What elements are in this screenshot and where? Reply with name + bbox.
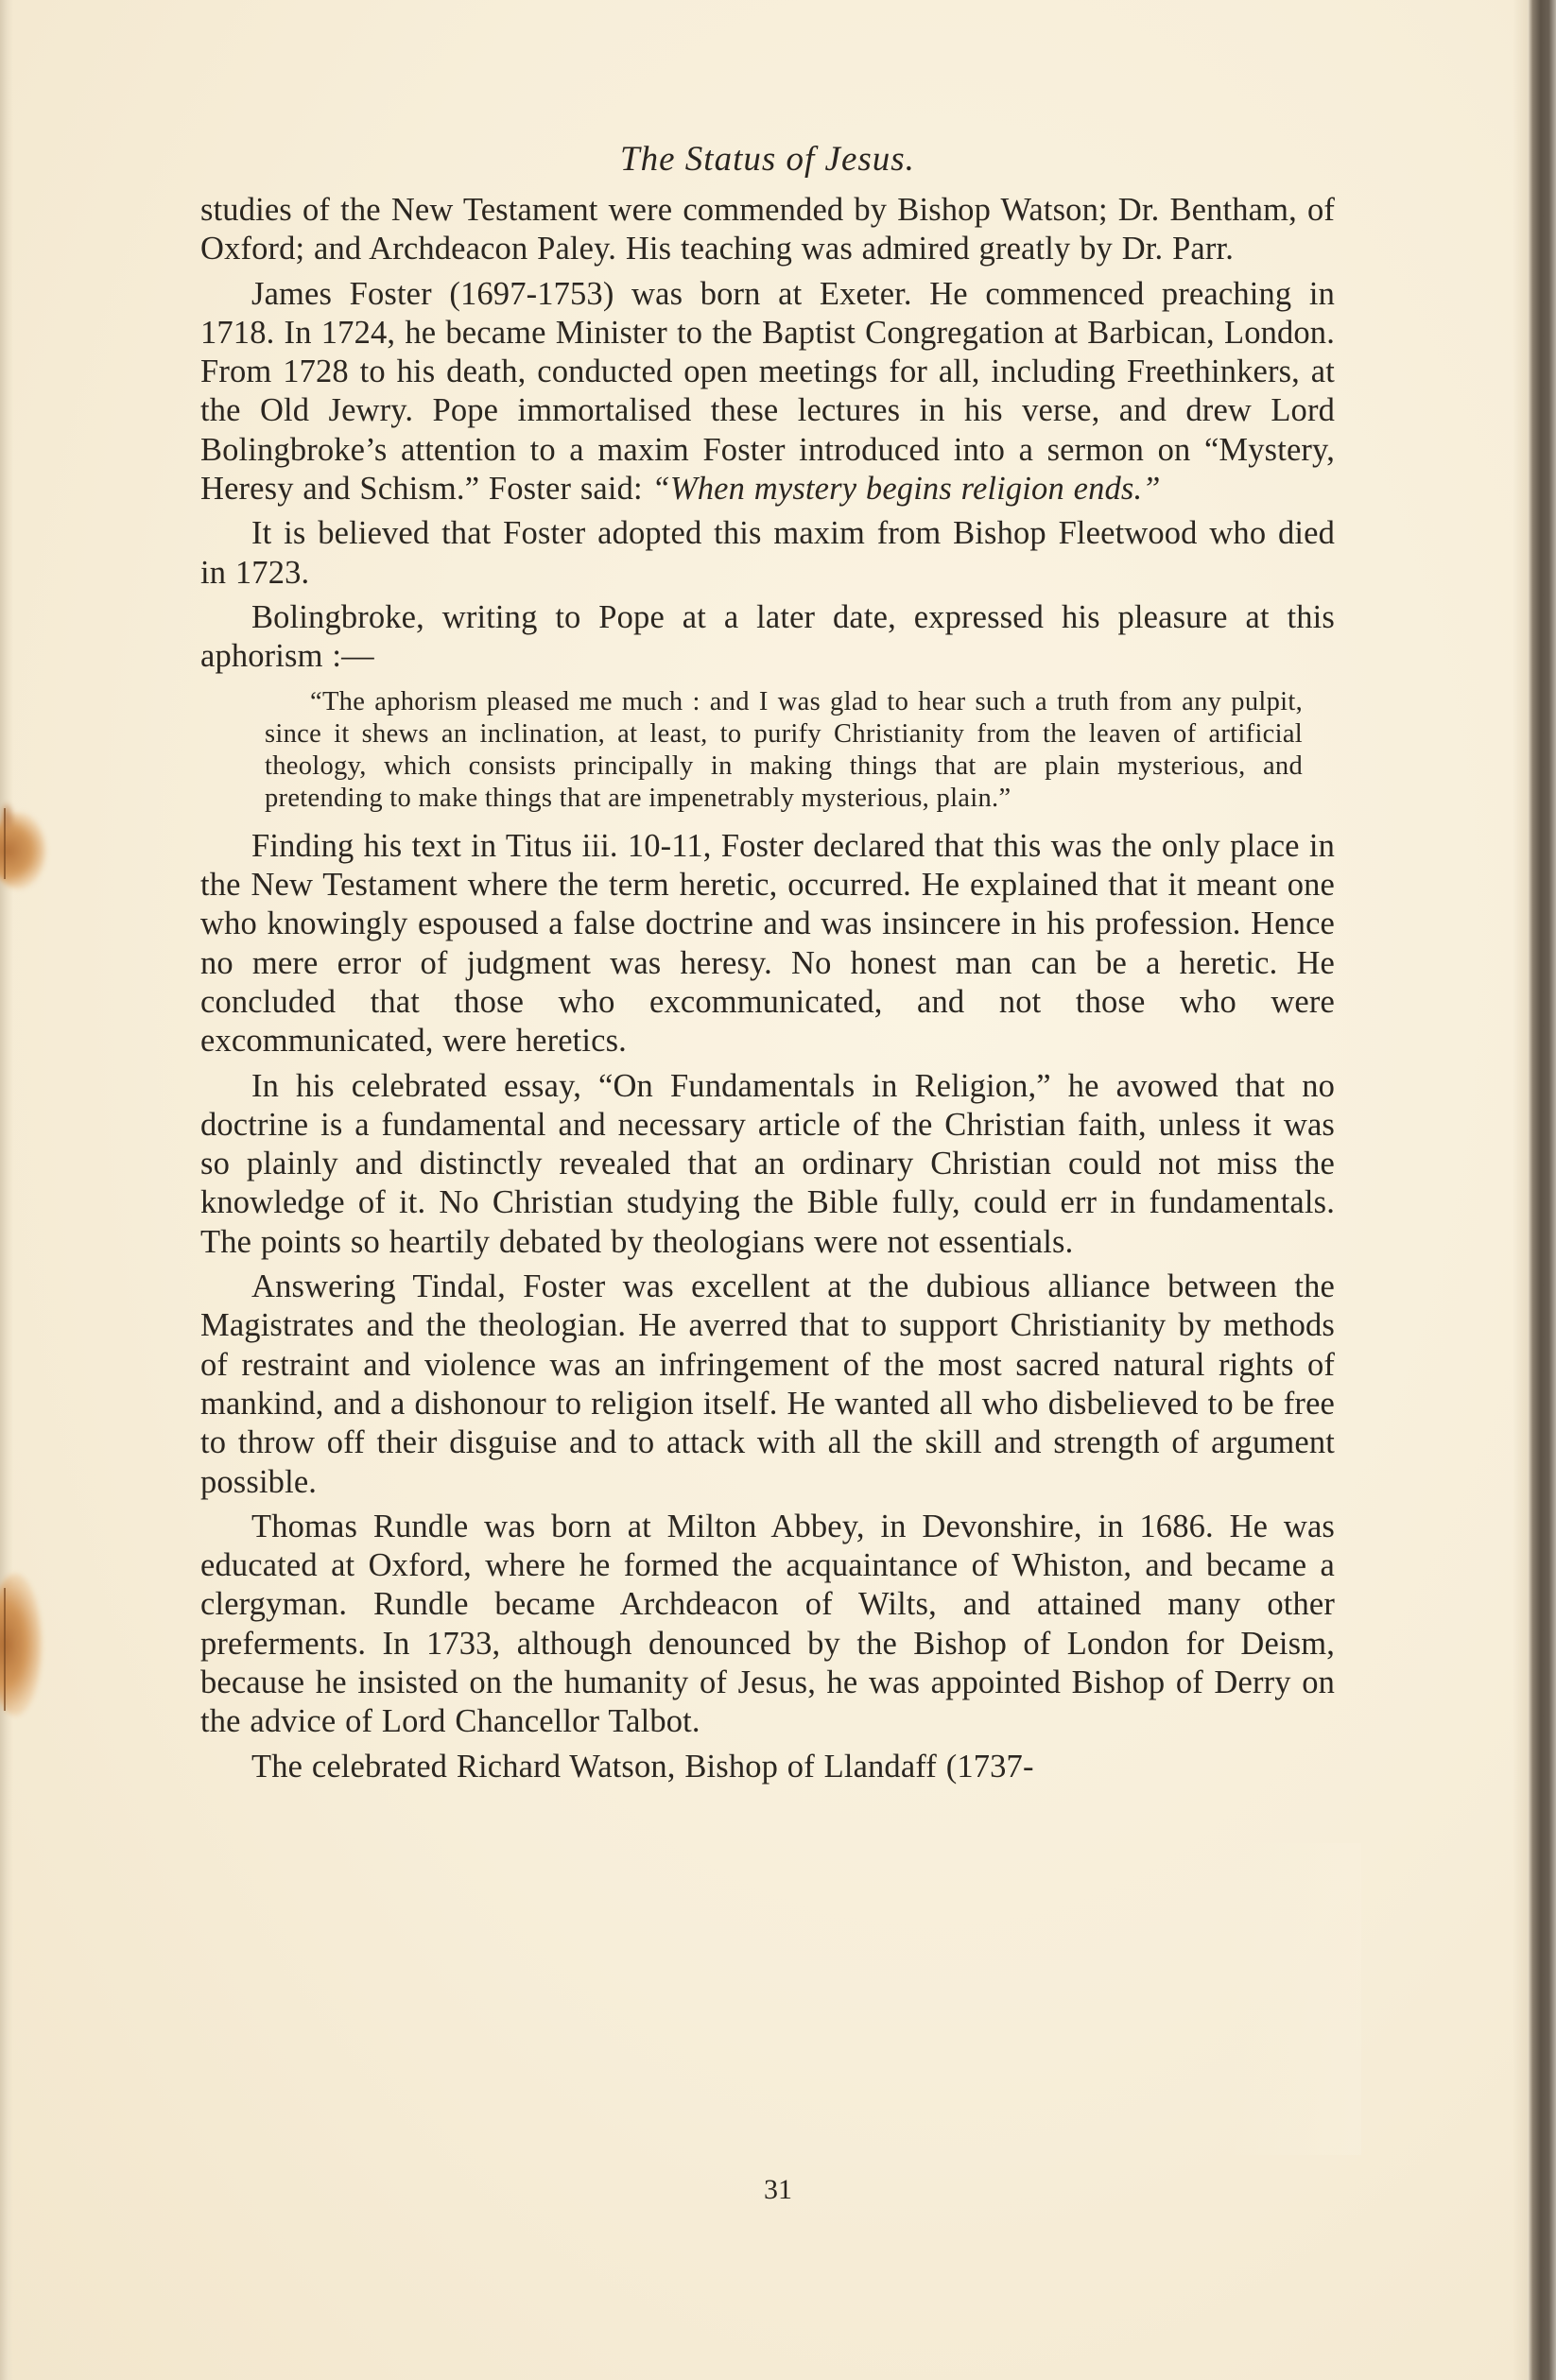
binding-gutter <box>0 0 13 2380</box>
foxing-stain <box>0 803 13 832</box>
running-head: The Status of Jesus. <box>200 140 1335 180</box>
paragraph: Finding his text in Titus iii. 10-11, Fo… <box>200 827 1335 1061</box>
book-page: The Status of Jesus. studies of the New … <box>0 0 1556 2380</box>
paragraph: studies of the New Testament were commen… <box>200 191 1335 269</box>
paragraph: It is believed that Foster adopted this … <box>200 514 1335 593</box>
page-curl-shadow <box>1513 0 1528 2380</box>
print-fade <box>1229 1843 1361 2155</box>
paragraph: Bolingbroke, writing to Pope at a later … <box>200 598 1335 677</box>
page-number: 31 <box>0 2174 1556 2206</box>
page-edge-mark <box>4 1588 6 1711</box>
paragraph: Answering Tindal, Foster was excellent a… <box>200 1268 1335 1502</box>
page-body: The Status of Jesus. studies of the New … <box>200 140 1335 1792</box>
page-edge-mark <box>4 808 6 879</box>
book-edge <box>1528 0 1556 2380</box>
emphasized-quote: “When mystery begins religion ends.” <box>652 471 1161 507</box>
foxing-stain <box>0 1574 42 1716</box>
block-quote: “The aphorism pleased me much : and I wa… <box>265 686 1303 816</box>
paragraph: The celebrated Richard Watson, Bishop of… <box>200 1748 1335 1786</box>
paragraph: In his celebrated essay, “On Fundamental… <box>200 1067 1335 1262</box>
paragraph: Thomas Rundle was born at Milton Abbey, … <box>200 1508 1335 1742</box>
paragraph: James Foster (1697-1753) was born at Exe… <box>200 275 1335 509</box>
